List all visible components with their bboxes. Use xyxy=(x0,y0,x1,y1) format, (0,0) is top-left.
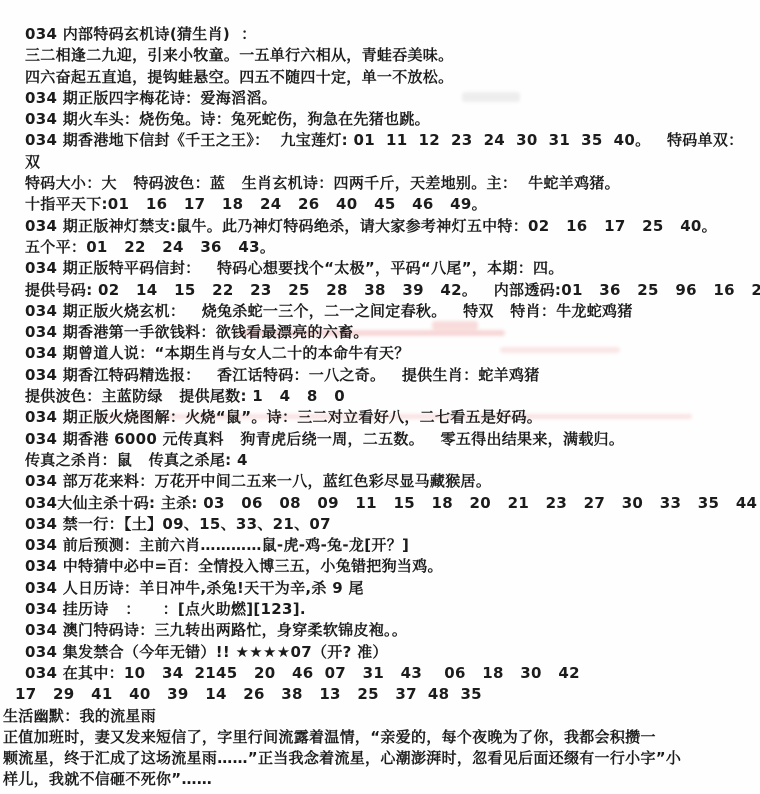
text-line: 17 29 41 40 39 14 26 38 13 25 37 48 35 xyxy=(0,684,760,705)
document-body: 034 内部特码玄机诗(猜生肖) ：三二相逢二九迎，引来小牧童。一五单行六相从，… xyxy=(0,24,760,791)
text-line: 双 xyxy=(0,152,760,173)
text-line: 034 期正版四字梅花诗：爱海滔滔。 xyxy=(0,88,760,109)
text-line: 034大仙主杀十码: 主杀: 03 06 08 09 11 15 18 20 2… xyxy=(0,493,760,514)
text-line: 034 内部特码玄机诗(猜生肖) ： xyxy=(0,24,760,45)
text-line: 034 期火车头：烧伤兔。诗：兔死蛇伤，狗急在先猪也跳。 xyxy=(0,109,760,130)
text-line: 034 期香港第一手欲钱料：欲钱看最漂亮的六畜。 xyxy=(0,322,760,343)
text-line: 034 前后预测：主前六肖…………鼠-虎-鸡-兔-龙[开？] xyxy=(0,535,760,556)
text-line: 034 中特猜中必中=百：全情投入博三五，小兔错把狗当鸡。 xyxy=(0,556,760,577)
text-line: 034 人日历诗：羊日冲牛,杀兔!天干为辛,杀 9 尾 xyxy=(0,578,760,599)
text-line: 034 期正版特平码信封： 特码心想要找个“太极”，平码“八尾”，本期：四。 xyxy=(0,258,760,279)
text-line: 034 期正版火烧图解：火烧“鼠”。诗：三二对立看好八，二七看五是好码。 xyxy=(0,407,760,428)
text-line: 034 期香港地下信封《千王之王》： 九宝莲灯: 01 11 12 23 24 … xyxy=(0,130,760,151)
text-line: 034 期香江特码精选报： 香江话特码：一八之奇。 提供生肖：蛇羊鸡猪 xyxy=(0,365,760,386)
text-line: 034 禁一行：【土】09、15、33、21、07 xyxy=(0,514,760,535)
text-line: 提供波色：主蓝防绿 提供尾数: 1 4 8 0 xyxy=(0,386,760,407)
text-line: 034 部万花来料：万花开中间二五来一八，蓝红色彩尽显马藏猴居。 xyxy=(0,471,760,492)
text-line: 十指平天下:01 16 17 18 24 26 40 45 46 49。 xyxy=(0,194,760,215)
text-line: 034 在其中：10 34 2145 20 46 07 31 43 06 18 … xyxy=(0,663,760,684)
text-line: 样儿，我就不信砸不死你”…… xyxy=(0,769,760,790)
text-line: 四六奋起五直追，提钩蛙悬空。四五不随四十定，单一不放松。 xyxy=(0,67,760,88)
text-line: 特码大小：大 特码波色：蓝 生肖玄机诗：四两千斤，天差地别。主： 牛蛇羊鸡猪。 xyxy=(0,173,760,194)
text-line: 034 期香港 6000 元传真料 狗青虎后绕一周，二五数。 零五得出结果来，满… xyxy=(0,429,760,450)
text-line: 提供号码: 02 14 15 22 23 25 28 38 39 42。 内部透… xyxy=(0,280,760,301)
text-line: 生活幽默：我的流星雨 xyxy=(0,706,760,727)
text-line: 034 集发禁合（今年无错）!! ★★★★07（开? 准） xyxy=(0,642,760,663)
lottery-tips-document: 034 内部特码玄机诗(猜生肖) ：三二相逢二九迎，引来小牧童。一五单行六相从，… xyxy=(0,0,760,794)
text-line: 正值加班时，妻又发来短信了，字里行间流露着温情，“亲爱的，每个夜晚为了你，我都会… xyxy=(0,727,760,748)
text-line: 传真之杀肖：鼠 传真之杀尾: 4 xyxy=(0,450,760,471)
text-line: 034 挂历诗 ： ：[点火助燃][123]. xyxy=(0,599,760,620)
text-line: 五个平：01 22 24 36 43。 xyxy=(0,237,760,258)
text-line: 三二相逢二九迎，引来小牧童。一五单行六相从，青蛙吞美味。 xyxy=(0,45,760,66)
text-line: 034 期正版火烧玄机： 烧兔杀蛇一三个，二一之间定春秋。 特双 特肖：牛龙蛇鸡… xyxy=(0,301,760,322)
text-line: 034 澳门特码诗：三九转出两路忙，身穿柔软锦皮袍。。 xyxy=(0,620,760,641)
text-line: 034 期正版神灯禁支:鼠牛。此乃神灯特码绝杀，请大家参考神灯五中特：02 16… xyxy=(0,216,760,237)
text-line: 颗流星，终于汇成了这场流星雨……”正当我念着流星，心潮澎湃时，忽看见后面还缀有一… xyxy=(0,748,760,769)
text-line: 034 期曾道人说：“本期生肖与女人二十的本命牛有天？ xyxy=(0,343,760,364)
